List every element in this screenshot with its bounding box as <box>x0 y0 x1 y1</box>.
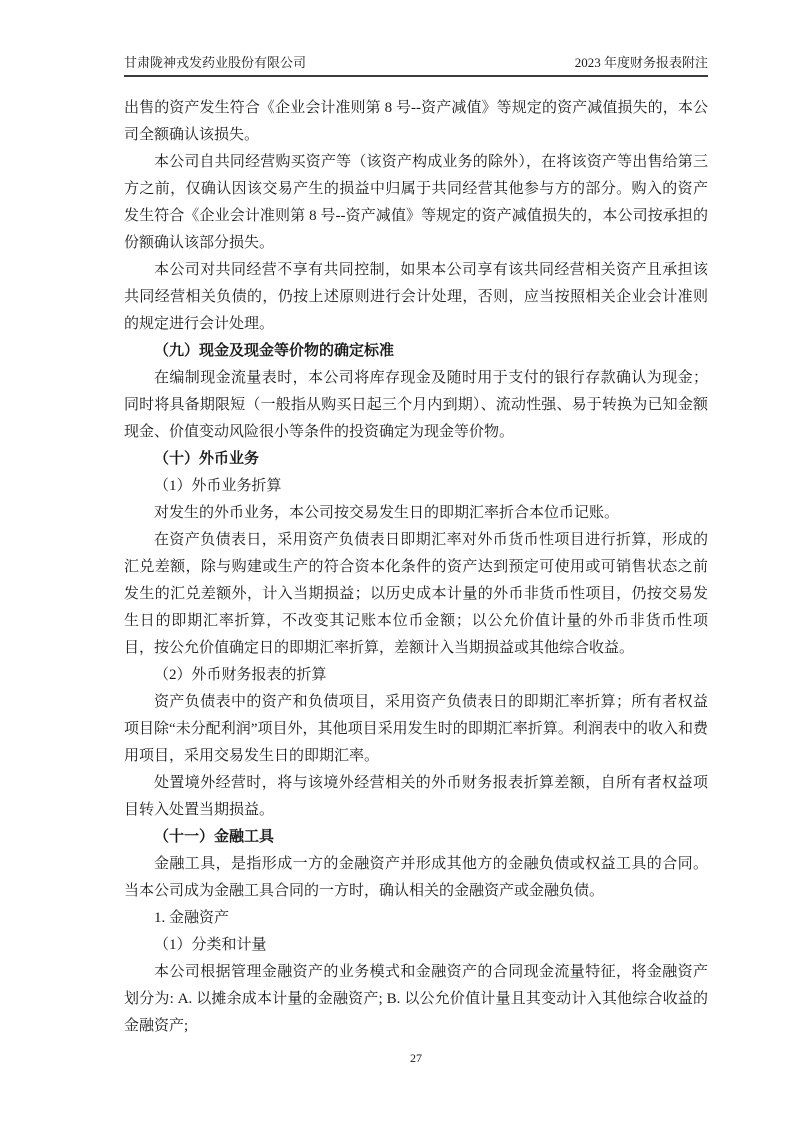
header-rule <box>124 75 708 77</box>
sub-heading: （1）分类和计量 <box>124 932 708 959</box>
paragraph: 本公司根据管理金融资产的业务模式和金融资产的合同现金流量特征，将金融资产划分为:… <box>124 959 708 1040</box>
section-heading: （十）外币业务 <box>124 446 708 473</box>
sub-heading: （2）外币财务报表的折算 <box>124 662 708 689</box>
header-doc-title: 2023 年度财务报表附注 <box>575 54 708 71</box>
sub-heading: （1）外币业务折算 <box>124 473 708 500</box>
paragraph: 处置境外经营时，将与该境外经营相关的外币财务报表折算差额，自所有者权益项目转入处… <box>124 770 708 824</box>
paragraph: 出售的资产发生符合《企业会计准则第 8 号--资产减值》等规定的资产减值损失的，… <box>124 95 708 149</box>
paragraph: 金融工具，是指形成一方的金融资产并形成其他方的金融负债或权益工具的合同。当本公司… <box>124 851 708 905</box>
sub-heading: 1. 金融资产 <box>124 905 708 932</box>
section-heading: （九）现金及现金等价物的确定标准 <box>124 338 708 365</box>
page-footer: 27 <box>124 1050 708 1066</box>
paragraph: 本公司对共同经营不享有共同控制，如果本公司享有该共同经营相关资产且承担该共同经营… <box>124 257 708 338</box>
header-company-name: 甘肃陇神戎发药业股份有限公司 <box>124 54 306 71</box>
page-number: 27 <box>410 1051 422 1065</box>
paragraph: 在资产负债表日，采用资产负债表日即期汇率对外币货币性项目进行折算，形成的汇兑差额… <box>124 527 708 662</box>
paragraph: 资产负债表中的资产和负债项目，采用资产负债表日的即期汇率折算；所有者权益项目除“… <box>124 689 708 770</box>
paragraph: 本公司自共同经营购买资产等（该资产构成业务的除外），在将该资产等出售给第三方之前… <box>124 149 708 257</box>
document-page: 甘肃陇神戎发药业股份有限公司 2023 年度财务报表附注 出售的资产发生符合《企… <box>0 0 794 1122</box>
paragraph: 对发生的外币业务，本公司按交易发生日的即期汇率折合本位币记账。 <box>124 500 708 527</box>
paragraph: 在编制现金流量表时，本公司将库存现金及随时用于支付的银行存款确认为现金；同时将具… <box>124 365 708 446</box>
page-header: 甘肃陇神戎发药业股份有限公司 2023 年度财务报表附注 <box>124 54 708 71</box>
document-body: 出售的资产发生符合《企业会计准则第 8 号--资产减值》等规定的资产减值损失的，… <box>124 95 708 1040</box>
section-heading: （十一）金融工具 <box>124 824 708 851</box>
